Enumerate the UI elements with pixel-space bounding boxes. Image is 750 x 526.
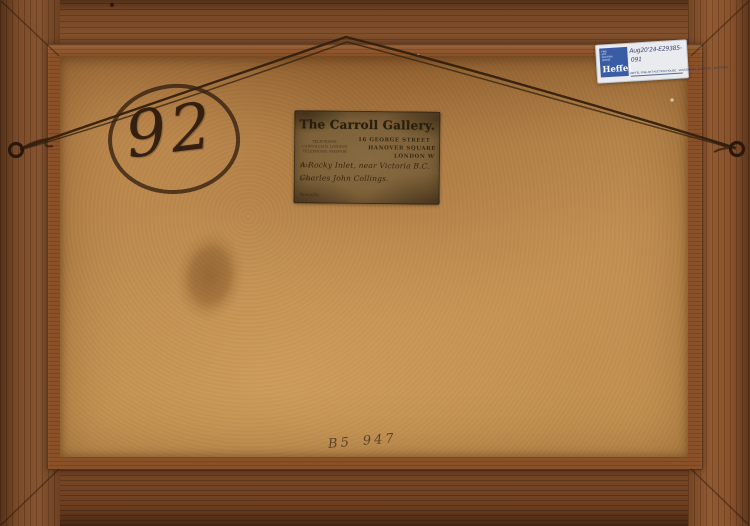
gallery-label-title: The Carroll Gallery. [294, 117, 440, 133]
field-artist-value: Charles John Collings. [300, 173, 389, 183]
auction-sticker: FINE ART AUCTION HOUSE Heffel Aug20'24-E… [595, 39, 689, 84]
heffel-logo: FINE ART AUCTION HOUSE Heffel [599, 47, 629, 78]
heffel-logo-tagline: FINE ART AUCTION HOUSE [601, 49, 627, 62]
field-remarks-label: Remarks [300, 192, 320, 197]
gallery-label-address-3: LONDON W [394, 153, 435, 159]
gallery-label-address-1: 16 GEORGE STREET [358, 137, 430, 144]
gallery-label-address-2: HANOVER SQUARE [368, 145, 436, 152]
gallery-label: The Carroll Gallery. 16 GEORGE STREET HA… [294, 110, 441, 205]
inventory-number: 92 [121, 89, 219, 173]
gallery-label-small-print: TELEGRAMS: CARROLLIAN, LONDON TELEPHONE:… [302, 139, 347, 154]
sticker-lot-number-line2: 091 [631, 56, 642, 64]
sticker-lot-number-line1: Aug20'24-E29385- [629, 45, 682, 55]
heffel-logo-line-4: HOUSE [602, 57, 627, 61]
framed-painting-back-photo: 92 The Carroll Gallery. 16 GEORGE STREET… [0, 0, 750, 526]
sticker-writing-area: Aug20'24-E29385- 091 HEFFEL FINE ART AUC… [627, 40, 688, 81]
field-title-value: A Rocky Inlet, near Victoria B.C. [300, 160, 430, 170]
